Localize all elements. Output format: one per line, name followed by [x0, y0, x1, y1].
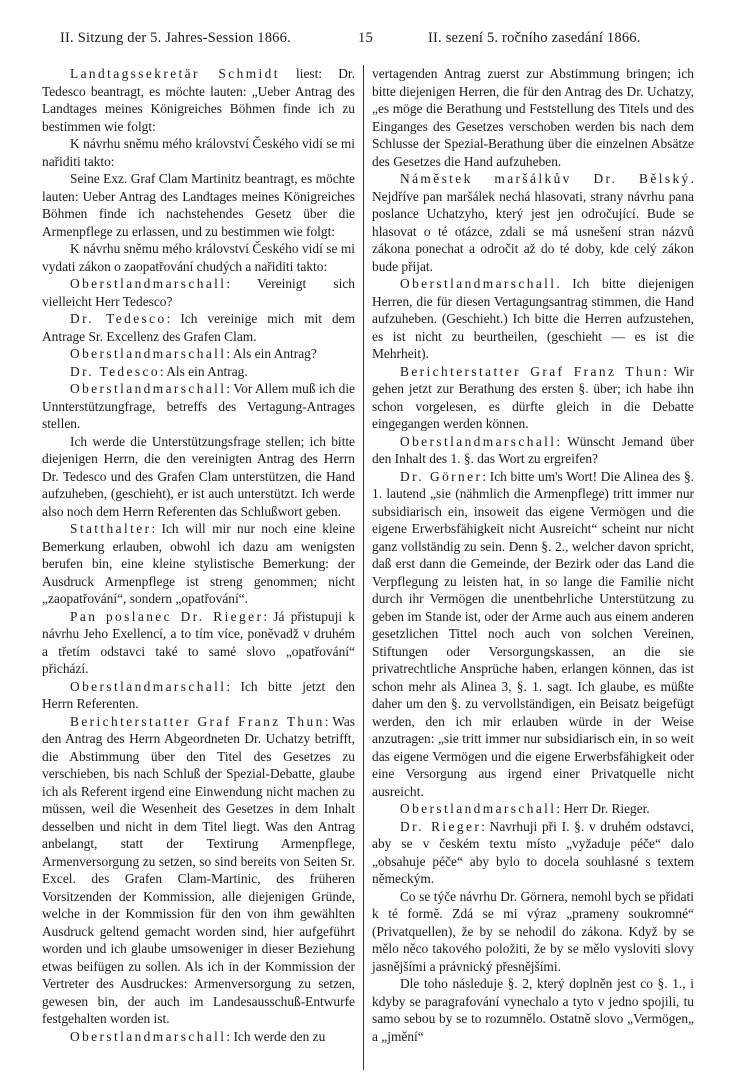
document-page: II. Sitzung der 5. Jahres-Session 1866. …	[0, 0, 750, 1079]
paragraph: Dr. Görner: Ich bitte um's Wort! Die Ali…	[372, 468, 694, 801]
paragraph: K návrhu sněmu mého království Českého v…	[42, 135, 355, 170]
speaker-name: Oberstlandmarschall	[70, 381, 226, 396]
paragraph: Berichterstatter Graf Franz Thun: Wir ge…	[372, 363, 694, 433]
paragraph-text: Dle toho následuje §. 2, který doplněn j…	[372, 976, 694, 1044]
paragraph: Oberstlandmarschall: Herr Dr. Rieger.	[372, 800, 694, 818]
left-column-german: Landtagssekretär Schmidt liest: Dr. Tede…	[42, 65, 355, 1045]
speaker-name: Berichterstatter Graf Franz Thun	[400, 364, 663, 379]
paragraph: Dr. Tedesco: Ich vereinige mich mit dem …	[42, 310, 355, 345]
paragraph: Berichterstatter Graf Franz Thun: Was de…	[42, 713, 355, 1028]
speaker-name: Náměstek maršálkův Dr. Bělský	[400, 171, 691, 186]
paragraph-text: Co se týče návrhu Dr. Görnera, nemohl by…	[372, 889, 694, 974]
right-column: vertagenden Antrag zuerst zur Abstimmung…	[372, 65, 694, 1045]
speaker-name: Oberstlandmarschall	[70, 679, 226, 694]
paragraph: Náměstek maršálkův Dr. Bělský. Nejdříve …	[372, 170, 694, 275]
header-german-title: II. Sitzung der 5. Jahres-Session 1866.	[60, 30, 291, 47]
paragraph: Statthalter: Ich will mir nur noch eine …	[42, 520, 355, 608]
paragraph-text: K návrhu sněmu mého království Českého v…	[42, 241, 355, 274]
running-header: II. Sitzung der 5. Jahres-Session 1866. …	[40, 30, 710, 50]
paragraph-text: : Als ein Antrag.	[160, 364, 248, 379]
paragraph: Oberstlandmarschall: Vor Allem muß ich d…	[42, 380, 355, 433]
speaker-name: Oberstlandmarschall	[400, 276, 556, 291]
paragraph: Oberstlandmarschall: Als ein Antrag?	[42, 345, 355, 363]
column-divider	[363, 65, 364, 1070]
paragraph-text: : Als ein Antrag?	[226, 346, 316, 361]
paragraph-text: : Was den Antrag des Herrn Abgeordneten …	[42, 714, 355, 1027]
speaker-name: Dr. Tedesco	[70, 311, 167, 326]
paragraph: Dle toho následuje §. 2, který doplněn j…	[372, 975, 694, 1045]
paragraph: Oberstlandmarschall: Wünscht Jemand über…	[372, 433, 694, 468]
paragraph: Seine Exz. Graf Clam Martinitz beantragt…	[42, 170, 355, 240]
speaker-name: Oberstlandmarschall	[400, 434, 556, 449]
paragraph: Dr. Tedesco: Als ein Antrag.	[42, 363, 355, 381]
paragraph-text: vertagenden Antrag zuerst zur Abstimmung…	[372, 66, 694, 169]
paragraph-text: Seine Exz. Graf Clam Martinitz beantragt…	[42, 171, 355, 239]
paragraph-text: K návrhu sněmu mého království Českého v…	[42, 136, 355, 169]
paragraph-text: : Ich werde den zu	[226, 1029, 325, 1044]
speaker-name: Oberstlandmarschall	[70, 276, 226, 291]
paragraph: Dr. Rieger: Navrhuji při I. §. v druhém …	[372, 818, 694, 888]
paragraph: Ich werde die Unterstützungsfrage stelle…	[42, 433, 355, 521]
speaker-name: Berichterstatter Graf Franz Thun	[70, 714, 325, 729]
page-number: 15	[358, 30, 373, 47]
speaker-name: Oberstlandmarschall	[70, 346, 226, 361]
paragraph-text: Ich werde die Unterstützungsfrage stelle…	[42, 434, 355, 519]
speaker-name: Dr. Tedesco	[70, 364, 160, 379]
speaker-name: Statthalter	[70, 521, 151, 536]
speaker-name: Oberstlandmarschall	[70, 1029, 226, 1044]
paragraph-text: : Ich bitte um's Wort! Die Alinea des §.…	[372, 469, 694, 799]
speaker-name: Landtagssekretär Schmidt	[70, 66, 280, 81]
speaker-name: Dr. Görner	[400, 469, 482, 484]
speaker-name: Pan poslanec Dr. Rieger	[70, 609, 263, 624]
paragraph: vertagenden Antrag zuerst zur Abstimmung…	[372, 65, 694, 170]
paragraph: Oberstlandmarschall: Ich bitte jetzt den…	[42, 678, 355, 713]
paragraph: Oberstlandmarschall. Ich bitte diejenige…	[372, 275, 694, 363]
paragraph-text: : Herr Dr. Rieger.	[556, 801, 649, 816]
speaker-name: Dr. Rieger	[400, 819, 481, 834]
speaker-name: Oberstlandmarschall	[400, 801, 556, 816]
paragraph-text: . Nejdříve pan maršálek nechá hlasovati,…	[372, 171, 694, 274]
paragraph: Oberstlandmarschall: Ich werde den zu	[42, 1028, 355, 1046]
header-czech-title: II. sezení 5. ročního zasedání 1866.	[428, 30, 641, 47]
paragraph: K návrhu sněmu mého království Českého v…	[42, 240, 355, 275]
paragraph: Oberstlandmarschall: Vereinigt sich viel…	[42, 275, 355, 310]
paragraph: Pan poslanec Dr. Rieger: Já přistupuji k…	[42, 608, 355, 678]
paragraph: Landtagssekretär Schmidt liest: Dr. Tede…	[42, 65, 355, 135]
paragraph: Co se týče návrhu Dr. Görnera, nemohl by…	[372, 888, 694, 976]
